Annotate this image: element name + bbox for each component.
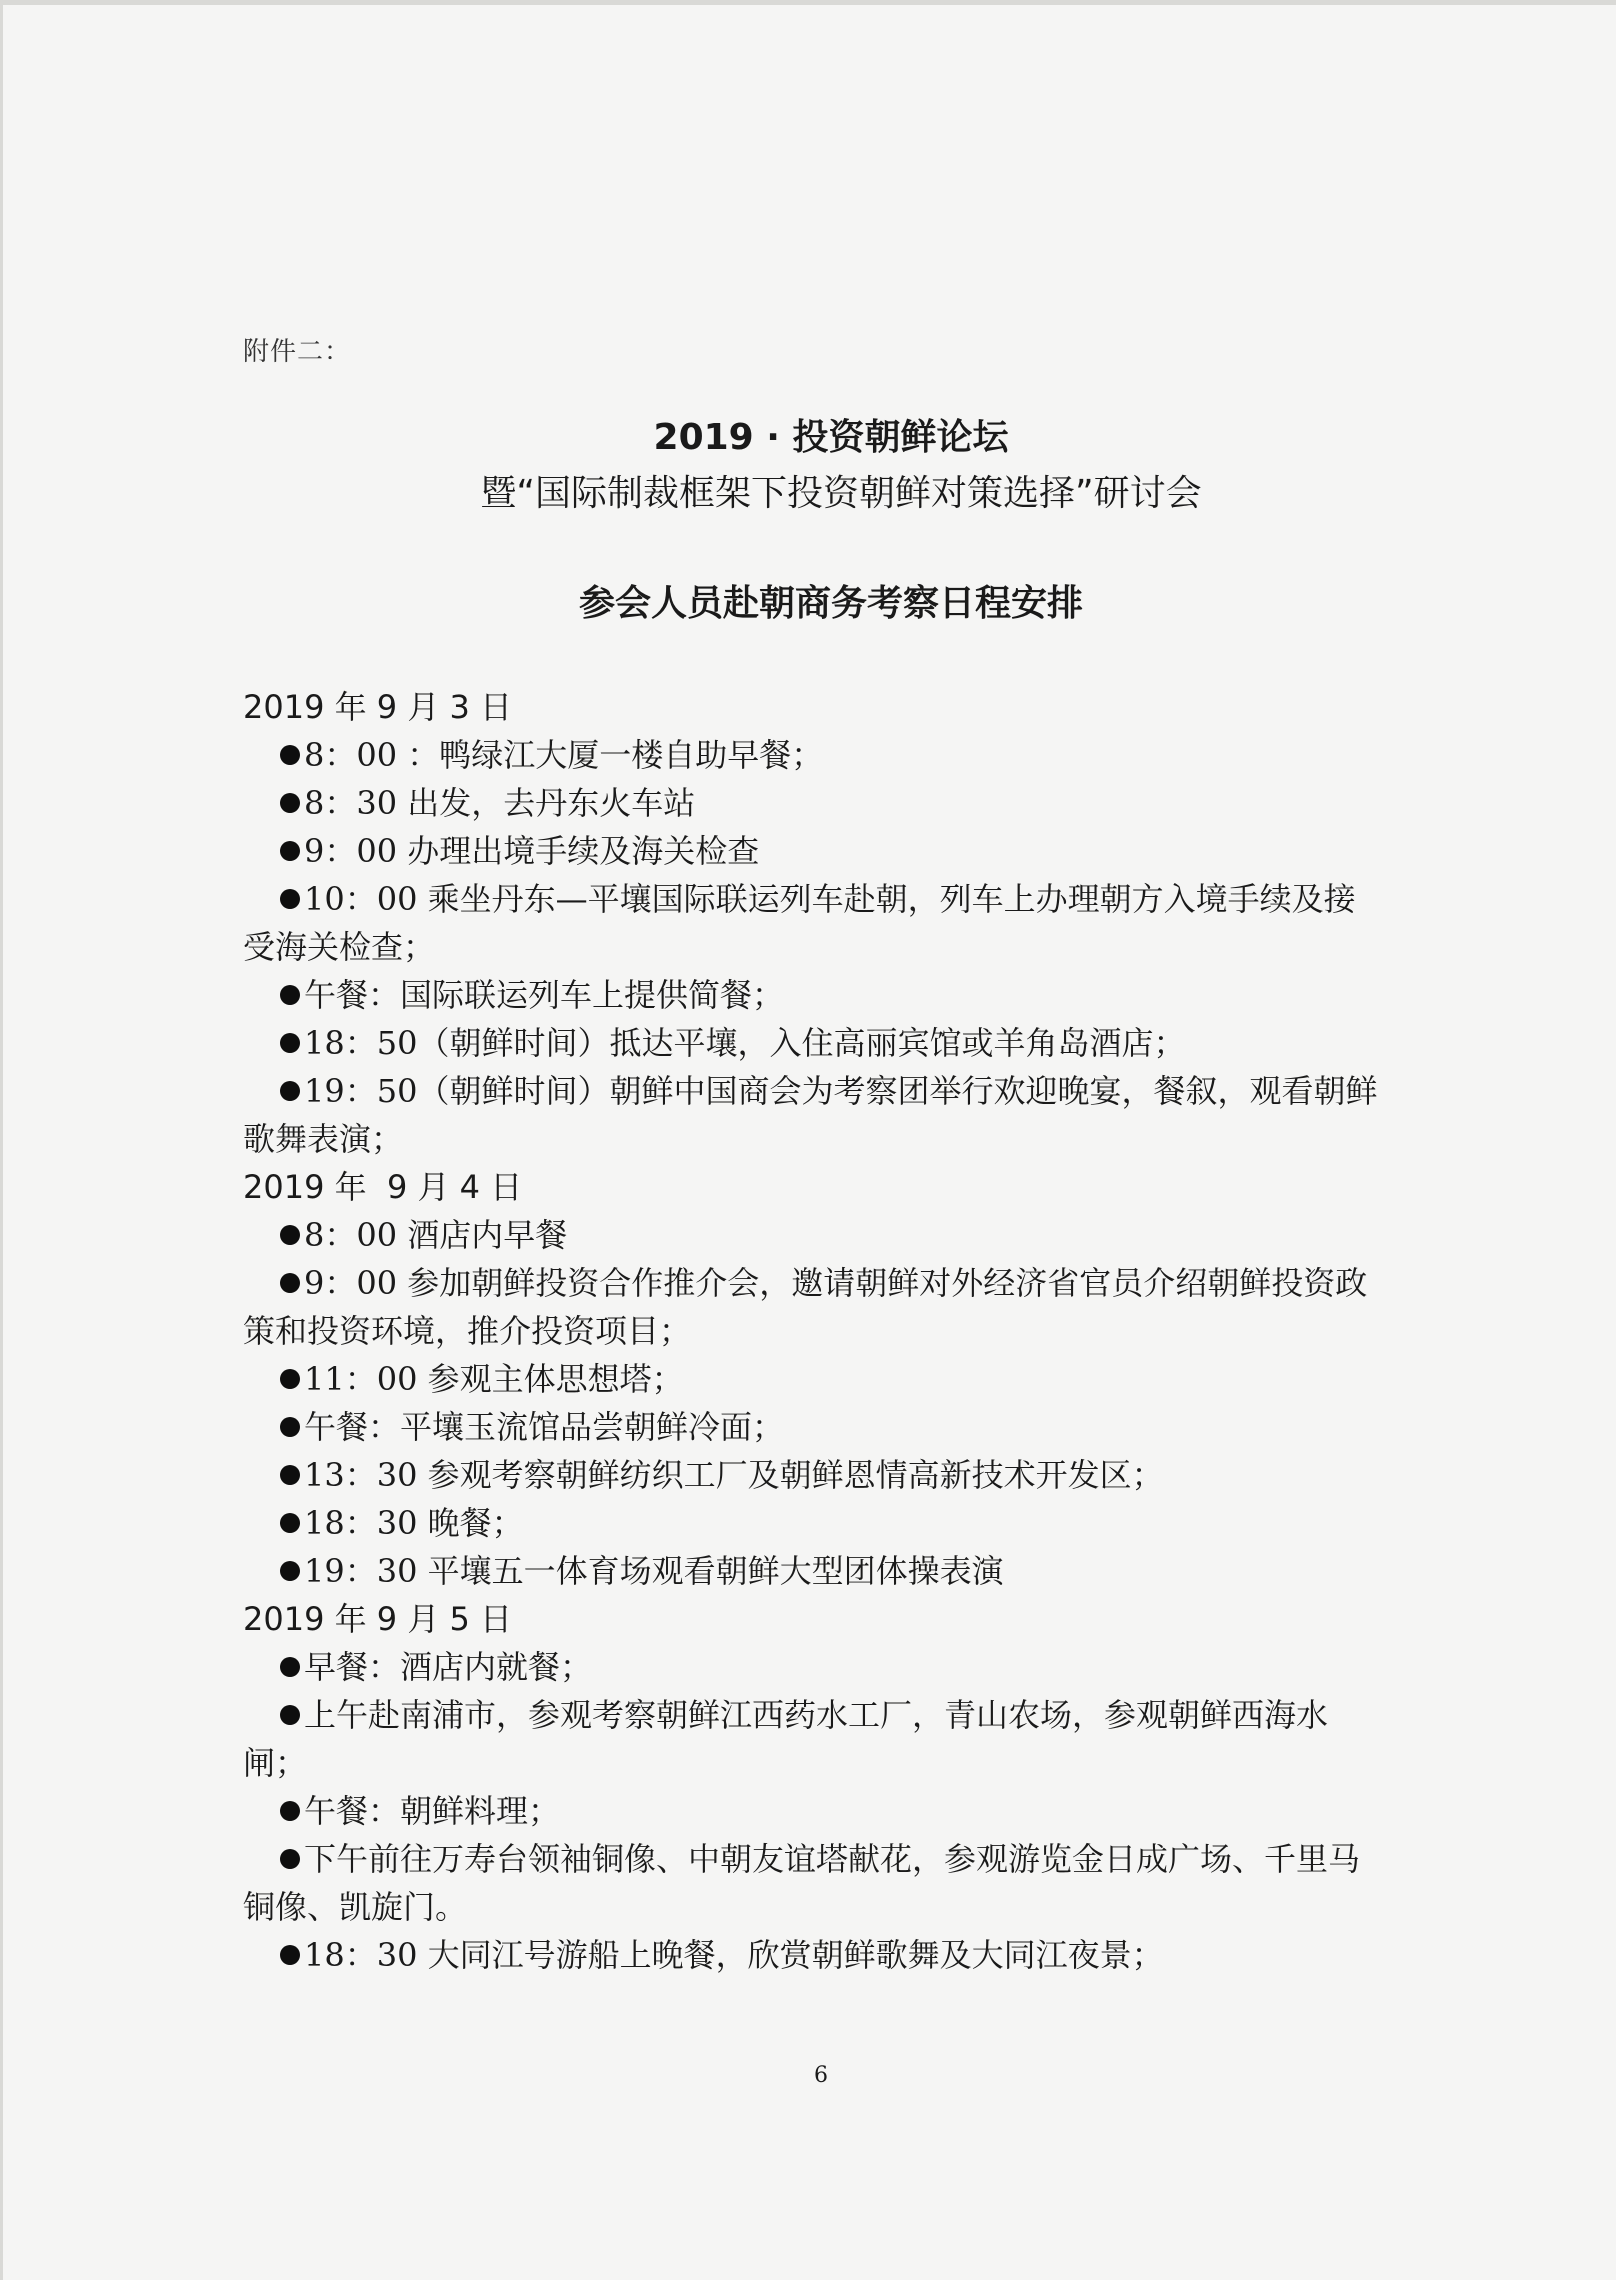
bullet-icon xyxy=(280,1033,300,1053)
item-text: 13：30 参观考察朝鲜纺织工厂及朝鲜恩情高新技术开发区； xyxy=(304,1456,1164,1494)
schedule-item: 上午赴南浦市，参观考察朝鲜江西药水工厂，青山农场，参观朝鲜西海水闸； xyxy=(243,1691,1383,1787)
item-text: 早餐：酒店内就餐； xyxy=(304,1648,592,1686)
item-text: 8：30 出发，去丹东火车站 xyxy=(304,784,695,822)
bullet-icon xyxy=(280,1801,300,1821)
schedule-item: 10：00 乘坐丹东—平壤国际联运列车赴朝，列车上办理朝方入境手续及接受海关检查… xyxy=(243,875,1383,971)
schedule-item: 8：00 ：鸭绿江大厦一楼自助早餐； xyxy=(243,731,1383,779)
bullet-icon xyxy=(280,889,300,909)
schedule-item: 9：00 参加朝鲜投资合作推介会，邀请朝鲜对外经济省官员介绍朝鲜投资政策和投资环… xyxy=(243,1259,1383,1355)
item-text: 9：00 办理出境手续及海关检查 xyxy=(304,832,759,870)
item-text: 11：00 参观主体思想塔； xyxy=(304,1360,684,1398)
schedule-item: 早餐：酒店内就餐； xyxy=(243,1643,1383,1691)
bullet-icon xyxy=(280,793,300,813)
item-text: 午餐：国际联运列车上提供简餐； xyxy=(304,976,784,1014)
bullet-icon xyxy=(280,1561,300,1581)
bullet-icon xyxy=(280,841,300,861)
schedule-heading: 参会人员赴朝商务考察日程安排 xyxy=(3,575,1616,626)
schedule-item: 午餐：朝鲜料理； xyxy=(243,1787,1383,1835)
attachment-label: 附件二： xyxy=(243,331,351,368)
item-text: 午餐：朝鲜料理； xyxy=(304,1792,560,1830)
bullet-icon xyxy=(280,1417,300,1437)
schedule-item: 8：30 出发，去丹东火车站 xyxy=(243,779,1383,827)
document-page: 附件二： 2019 · 投资朝鲜论坛 暨“国际制裁框架下投资朝鲜对策选择”研讨会… xyxy=(3,5,1616,2280)
schedule-body: 2019 年 9 月 3 日 8：00 ：鸭绿江大厦一楼自助早餐； 8：30 出… xyxy=(243,683,1383,1979)
forum-title: 2019 · 投资朝鲜论坛 xyxy=(3,409,1616,460)
item-text: 19：50（朝鲜时间）朝鲜中国商会为考察团举行欢迎晚宴，餐叙，观看朝鲜歌舞表演； xyxy=(243,1072,1377,1158)
schedule-item: 19：50（朝鲜时间）朝鲜中国商会为考察团举行欢迎晚宴，餐叙，观看朝鲜歌舞表演； xyxy=(243,1067,1383,1163)
day-date: 2019 年 9 月 4 日 xyxy=(243,1163,1383,1211)
bullet-icon xyxy=(280,1465,300,1485)
bullet-icon xyxy=(280,985,300,1005)
schedule-item: 8：00 酒店内早餐 xyxy=(243,1211,1383,1259)
bullet-icon xyxy=(280,1657,300,1677)
day-date: 2019 年 9 月 5 日 xyxy=(243,1595,1383,1643)
page-number: 6 xyxy=(3,2063,1616,2088)
bullet-icon xyxy=(280,1945,300,1965)
bullet-icon xyxy=(280,1849,300,1869)
seminar-subtitle: 暨“国际制裁框架下投资朝鲜对策选择”研讨会 xyxy=(3,465,1616,516)
item-text: 18：50（朝鲜时间）抵达平壤，入住高丽宾馆或羊角岛酒店； xyxy=(304,1024,1185,1062)
bullet-icon xyxy=(280,1273,300,1293)
item-text: 18：30 大同江号游船上晚餐，欣赏朝鲜歌舞及大同江夜景； xyxy=(304,1936,1164,1974)
bullet-icon xyxy=(280,1369,300,1389)
schedule-item: 19：30 平壤五一体育场观看朝鲜大型团体操表演 xyxy=(243,1547,1383,1595)
schedule-item: 18：30 大同江号游船上晚餐，欣赏朝鲜歌舞及大同江夜景； xyxy=(243,1931,1383,1979)
schedule-item: 13：30 参观考察朝鲜纺织工厂及朝鲜恩情高新技术开发区； xyxy=(243,1451,1383,1499)
item-text: 8：00 酒店内早餐 xyxy=(304,1216,567,1254)
bullet-icon xyxy=(280,1225,300,1245)
item-text: 18：30 晚餐； xyxy=(304,1504,524,1542)
schedule-item: 午餐：国际联运列车上提供简餐； xyxy=(243,971,1383,1019)
bullet-icon xyxy=(280,1705,300,1725)
day-date: 2019 年 9 月 3 日 xyxy=(243,683,1383,731)
schedule-item: 11：00 参观主体思想塔； xyxy=(243,1355,1383,1403)
item-text: 8：00 ：鸭绿江大厦一楼自助早餐； xyxy=(304,736,823,774)
schedule-item: 18：30 晚餐； xyxy=(243,1499,1383,1547)
schedule-item: 9：00 办理出境手续及海关检查 xyxy=(243,827,1383,875)
bullet-icon xyxy=(280,1513,300,1533)
schedule-item: 午餐：平壤玉流馆品尝朝鲜冷面； xyxy=(243,1403,1383,1451)
bullet-icon xyxy=(280,745,300,765)
item-text: 19：30 平壤五一体育场观看朝鲜大型团体操表演 xyxy=(304,1552,1004,1590)
item-text: 下午前往万寿台领袖铜像、中朝友谊塔献花，参观游览金日成广场、千里马铜像、凯旋门。 xyxy=(243,1840,1360,1926)
schedule-item: 下午前往万寿台领袖铜像、中朝友谊塔献花，参观游览金日成广场、千里马铜像、凯旋门。 xyxy=(243,1835,1383,1931)
item-text: 上午赴南浦市，参观考察朝鲜江西药水工厂，青山农场，参观朝鲜西海水闸； xyxy=(243,1696,1328,1782)
item-text: 午餐：平壤玉流馆品尝朝鲜冷面； xyxy=(304,1408,784,1446)
schedule-item: 18：50（朝鲜时间）抵达平壤，入住高丽宾馆或羊角岛酒店； xyxy=(243,1019,1383,1067)
item-text: 9：00 参加朝鲜投资合作推介会，邀请朝鲜对外经济省官员介绍朝鲜投资政策和投资环… xyxy=(243,1264,1367,1350)
item-text: 10：00 乘坐丹东—平壤国际联运列车赴朝，列车上办理朝方入境手续及接受海关检查… xyxy=(243,880,1356,966)
bullet-icon xyxy=(280,1081,300,1101)
